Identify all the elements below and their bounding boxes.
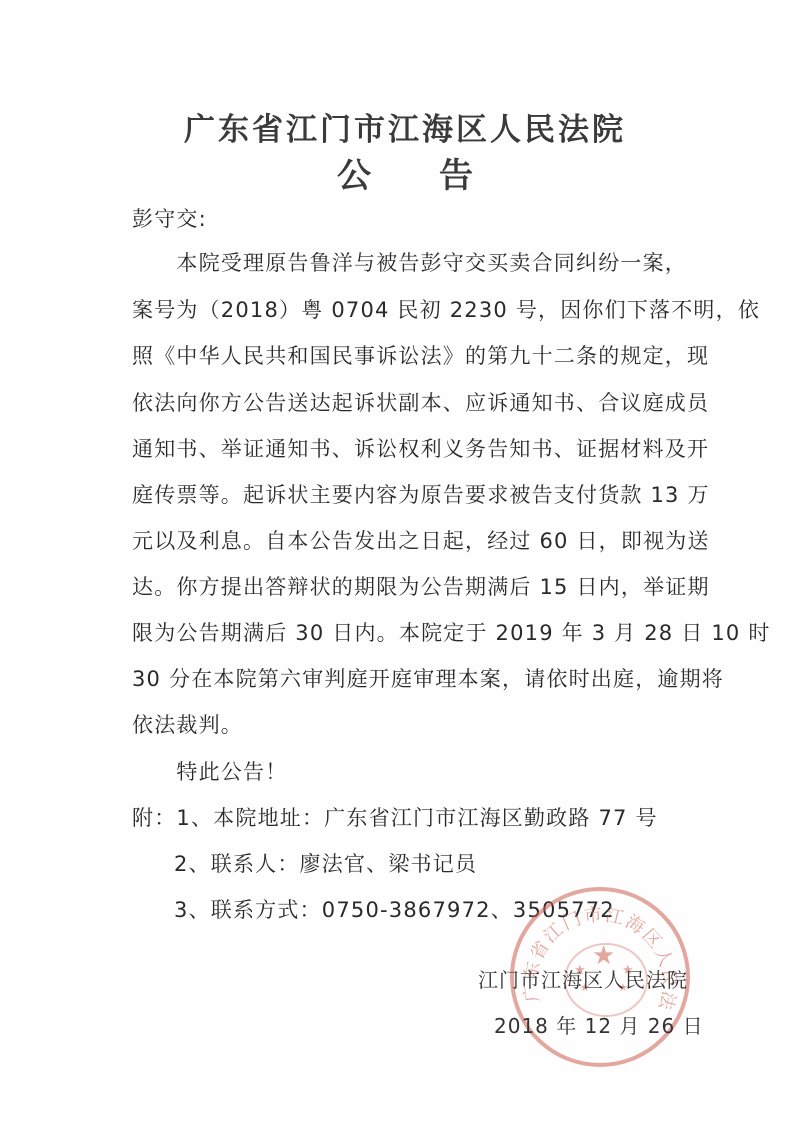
body-line: 30 分在本院第六审判庭开庭审理本案，请依时出庭，逾期将 [132,656,724,702]
issue-date: 2018 年 12 月 26 日 [494,1010,704,1039]
issuing-court: 江门市江海区人民法院 [478,964,688,993]
body-line: 达。你方提出答辩状的期限为公告期满后 15 日内，举证期 [132,564,710,610]
doc-type-char-2: 告 [439,156,473,196]
body-line: 依法向你方公告送达起诉状副本、应诉通知书、合议庭成员 [132,380,709,426]
notice-page: 广东省江门市江海区人民法院 公告 彭守交: 本院受理原告鲁洋与被告彭守交买卖合同… [0,0,810,1145]
body-line: 案号为（2018）粤 0704 民初 2230 号，因你们下落不明，依 [132,287,760,333]
closing-statement: 特此公告！ [132,749,287,795]
attachment-item: 附：1、本院地址：广东省江门市江海区勤政路 77 号 [132,795,658,841]
body-line: 限为公告期满后 30 日内。本院定于 2019 年 3 月 28 日 10 时 [132,610,771,656]
attachment-contact-person: 2、联系人：廖法官、梁书记员 [174,841,477,887]
body-line: 本院受理原告鲁洋与被告彭守交买卖合同纠纷一案， [132,240,687,286]
body-line: 依法裁判。 [132,702,243,748]
body-line: 通知书、举证通知书、诉讼权利义务告知书、证据材料及开 [132,426,709,472]
body-line: 照《中华人民共和国民事诉讼法》的第九十二条的规定，现 [132,333,709,379]
body-line: 元以及利息。自本公告发出之日起，经过 60 日，即视为送 [132,518,710,564]
addressee: 彭守交: [132,196,207,242]
attachment-address: 1、本院地址：广东省江门市江海区勤政路 77 号 [176,806,657,830]
court-name-title: 广东省江门市江海区人民法院 [0,104,810,149]
document-type-title: 公告 [0,148,810,197]
body-line: 庭传票等。起诉状主要内容为原告要求被告支付货款 13 万 [132,472,710,518]
attachment-prefix: 附： [132,806,176,830]
doc-type-char-1: 公 [337,156,371,196]
